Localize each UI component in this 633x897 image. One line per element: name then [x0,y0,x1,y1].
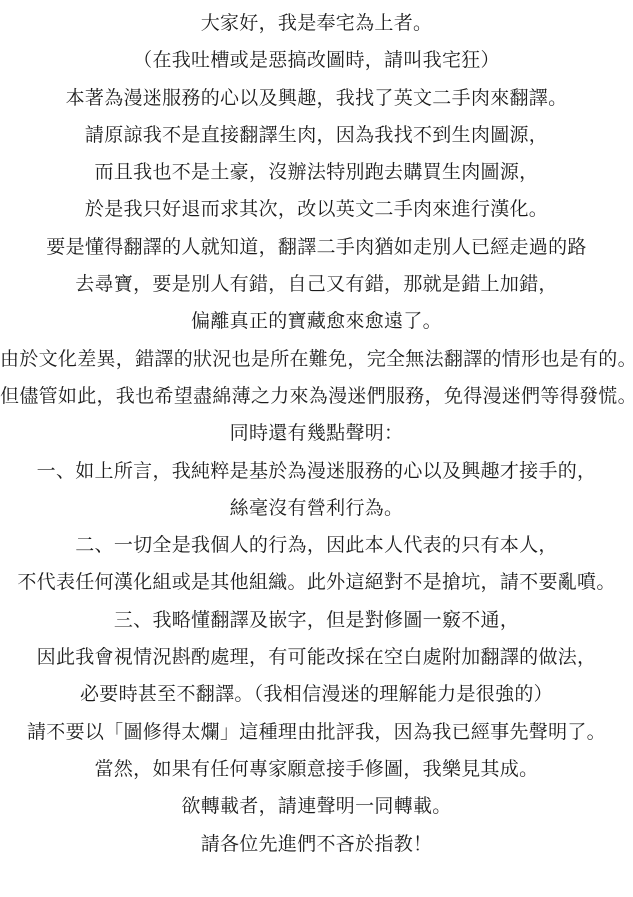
text-line: （在我吐槽或是惡搞改圖時，請叫我宅狂） [0,42,633,79]
scanlator-statement-page: 大家好，我是奉宅為上者。 （在我吐槽或是惡搞改圖時，請叫我宅狂） 本著為漫迷服務… [0,0,633,897]
text-line: 請各位先進們不吝於指教！ [0,826,633,863]
text-line: 要是懂得翻譯的人就知道，翻譯二手肉猶如走別人已經走過的路 [0,229,633,266]
text-line: 於是我只好退而求其次，改以英文二手肉來進行漢化。 [0,191,633,228]
text-line: 請原諒我不是直接翻譯生肉，因為我找不到生肉圖源， [0,117,633,154]
text-line: 本著為漫迷服務的心以及興趣，我找了英文二手肉來翻譯。 [0,80,633,117]
text-line: 因此我會視情況斟酌處理，有可能改採在空白處附加翻譯的做法， [0,639,633,676]
text-line: 同時還有幾點聲明： [0,415,633,452]
text-line: 必要時甚至不翻譯。（我相信漫迷的理解能力是很強的） [0,676,633,713]
text-line: 不代表任何漢化組或是其他組織。此外這絕對不是搶坑，請不要亂噴。 [0,564,633,601]
text-line: 絲毫沒有營利行為。 [0,490,633,527]
text-line: 一、如上所言，我純粹是基於為漫迷服務的心以及興趣才接手的， [0,453,633,490]
text-line: 當然，如果有任何專家願意接手修圖，我樂見其成。 [0,751,633,788]
text-line: 由於文化差異，錯譯的狀況也是所在難免，完全無法翻譯的情形也是有的。 [0,341,633,378]
text-line: 偏離真正的寶藏愈來愈遠了。 [0,303,633,340]
text-line: 二、一切全是我個人的行為，因此本人代表的只有本人， [0,527,633,564]
text-line: 大家好，我是奉宅為上者。 [0,5,633,42]
text-line: 但儘管如此，我也希望盡綿薄之力來為漫迷們服務，免得漫迷們等得發慌。 [0,378,633,415]
text-line: 請不要以「圖修得太爛」這種理由批評我，因為我已經事先聲明了。 [0,714,633,751]
text-line: 三、我略懂翻譯及嵌字，但是對修圖一竅不通， [0,602,633,639]
text-line: 去尋寶，要是別人有錯，自己又有錯，那就是錯上加錯， [0,266,633,303]
text-line: 欲轉載者，請連聲明一同轉載。 [0,788,633,825]
text-line: 而且我也不是土豪，沒辦法特別跑去購買生肉圖源， [0,154,633,191]
